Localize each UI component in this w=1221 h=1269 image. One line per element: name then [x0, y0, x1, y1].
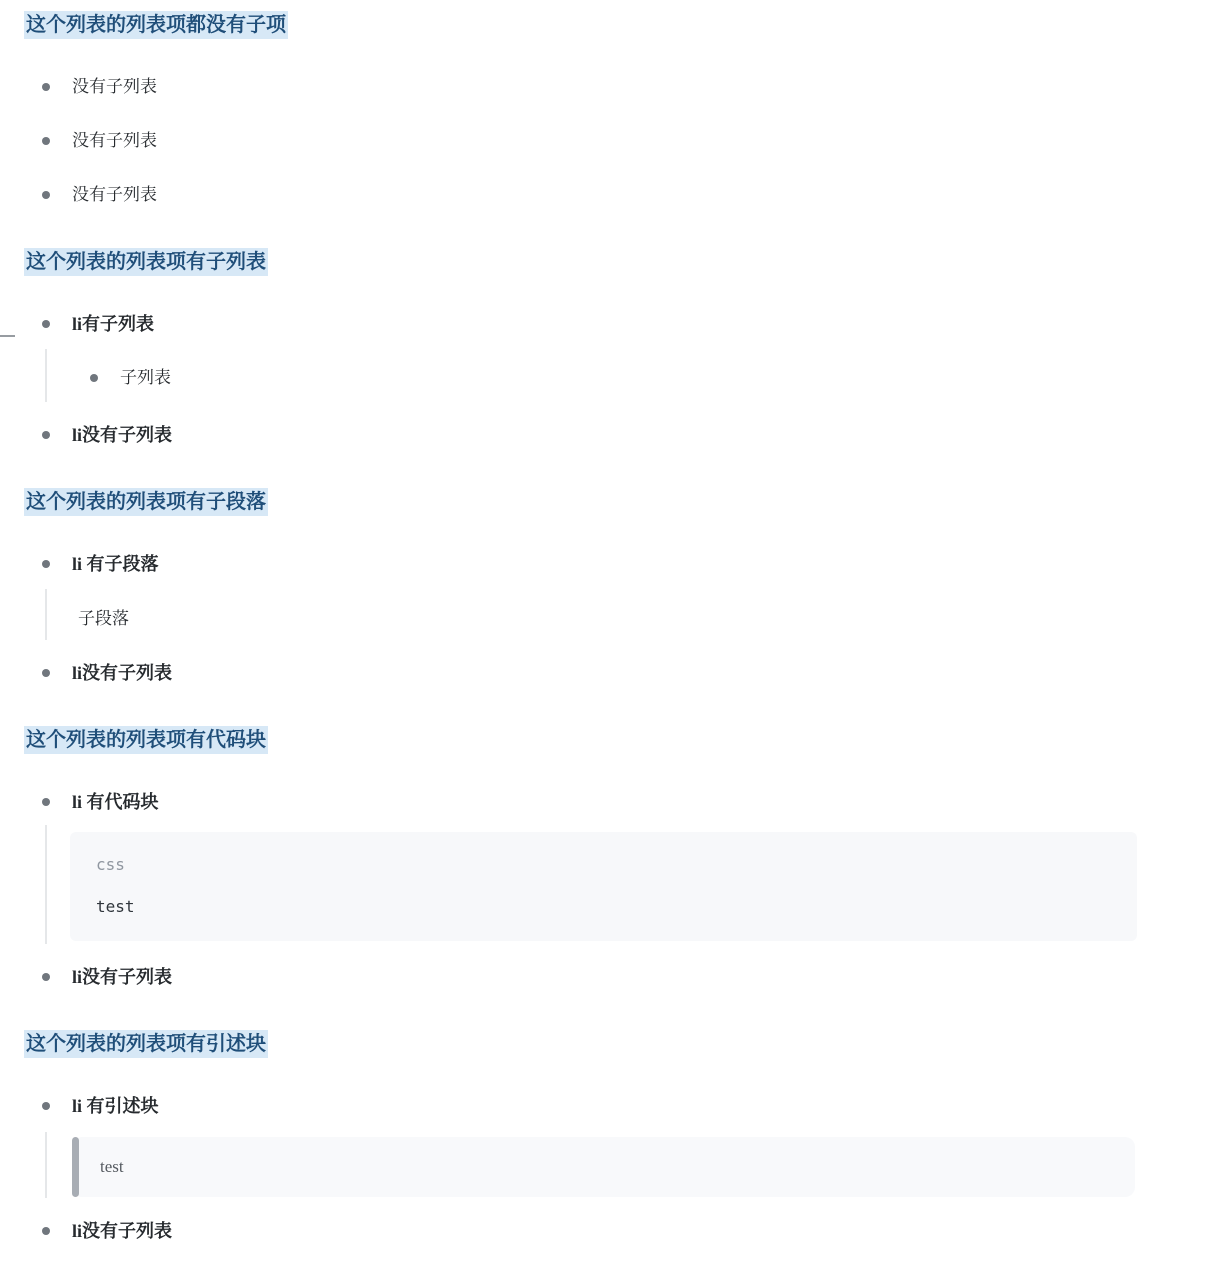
list-item: li没有子列表	[0, 963, 1221, 991]
list-item-children: test	[0, 1132, 1221, 1198]
list-item: li 有引述块	[0, 1092, 1221, 1120]
code-line: test	[96, 886, 1111, 928]
sub-paragraph: 子段落	[78, 605, 1221, 633]
list-item: li没有子列表	[0, 421, 1221, 449]
list-item-text: li没有子列表	[72, 421, 172, 449]
list-item: li 有代码块	[0, 788, 1221, 816]
sub-list-item-text: 子列表	[120, 364, 171, 392]
list-item: 没有子列表	[0, 127, 1221, 155]
list-item: 没有子列表	[0, 181, 1221, 209]
bullet-icon	[42, 560, 50, 568]
bullet-icon	[42, 320, 50, 328]
list-item-text: li没有子列表	[72, 963, 172, 991]
section-heading: 这个列表的列表项有子列表	[24, 247, 1197, 277]
document-page: 这个列表的列表项都没有子项 没有子列表 没有子列表 没有子列表 这个列表的列表项…	[0, 0, 1221, 1269]
list-item-text: li 有引述块	[72, 1092, 159, 1120]
list-item-text: li有子列表	[72, 310, 154, 338]
bullet-icon	[42, 137, 50, 145]
bullet-icon	[42, 798, 50, 806]
left-margin-dash	[0, 335, 15, 337]
heading-text: 这个列表的列表项有子段落	[24, 488, 268, 516]
heading-text: 这个列表的列表项有子列表	[24, 248, 268, 276]
list-item: li没有子列表	[0, 1217, 1221, 1245]
list-item-text: li没有子列表	[72, 1217, 172, 1245]
bullet-icon	[42, 1227, 50, 1235]
list-item-children: 子段落	[0, 589, 1221, 640]
list-item: li没有子列表	[0, 659, 1221, 687]
section-heading: 这个列表的列表项有代码块	[24, 725, 1197, 755]
bullet-icon	[42, 431, 50, 439]
list-item-children: 子列表	[0, 349, 1221, 402]
heading-text: 这个列表的列表项有代码块	[24, 726, 268, 754]
blockquote-text: test	[100, 1157, 124, 1176]
bullet-icon	[42, 1102, 50, 1110]
bullet-icon	[42, 669, 50, 677]
list-item-text: 没有子列表	[72, 181, 157, 209]
list-item: li 有子段落	[0, 550, 1221, 578]
heading-text: 这个列表的列表项有引述块	[24, 1030, 268, 1058]
list-item-text: 没有子列表	[72, 73, 157, 101]
section-heading: 这个列表的列表项有引述块	[24, 1029, 1197, 1059]
code-language-label: css	[96, 844, 1111, 886]
list-item-text: li没有子列表	[72, 659, 172, 687]
bullet-icon	[42, 83, 50, 91]
heading-text: 这个列表的列表项都没有子项	[24, 11, 288, 39]
list-item-children: css test	[0, 825, 1221, 944]
bullet-icon	[42, 191, 50, 199]
list-item: li有子列表	[0, 310, 1221, 338]
sub-list-item: 子列表	[0, 364, 1221, 392]
list-item-text: 没有子列表	[72, 127, 157, 155]
list-item-text: li 有代码块	[72, 788, 159, 816]
code-block: css test	[70, 832, 1137, 941]
list-item-text: li 有子段落	[72, 550, 159, 578]
section-heading: 这个列表的列表项有子段落	[24, 487, 1197, 517]
list-item: 没有子列表	[0, 73, 1221, 101]
bullet-icon	[90, 374, 98, 382]
blockquote: test	[72, 1137, 1135, 1197]
bullet-icon	[42, 973, 50, 981]
section-heading: 这个列表的列表项都没有子项	[24, 10, 1197, 40]
